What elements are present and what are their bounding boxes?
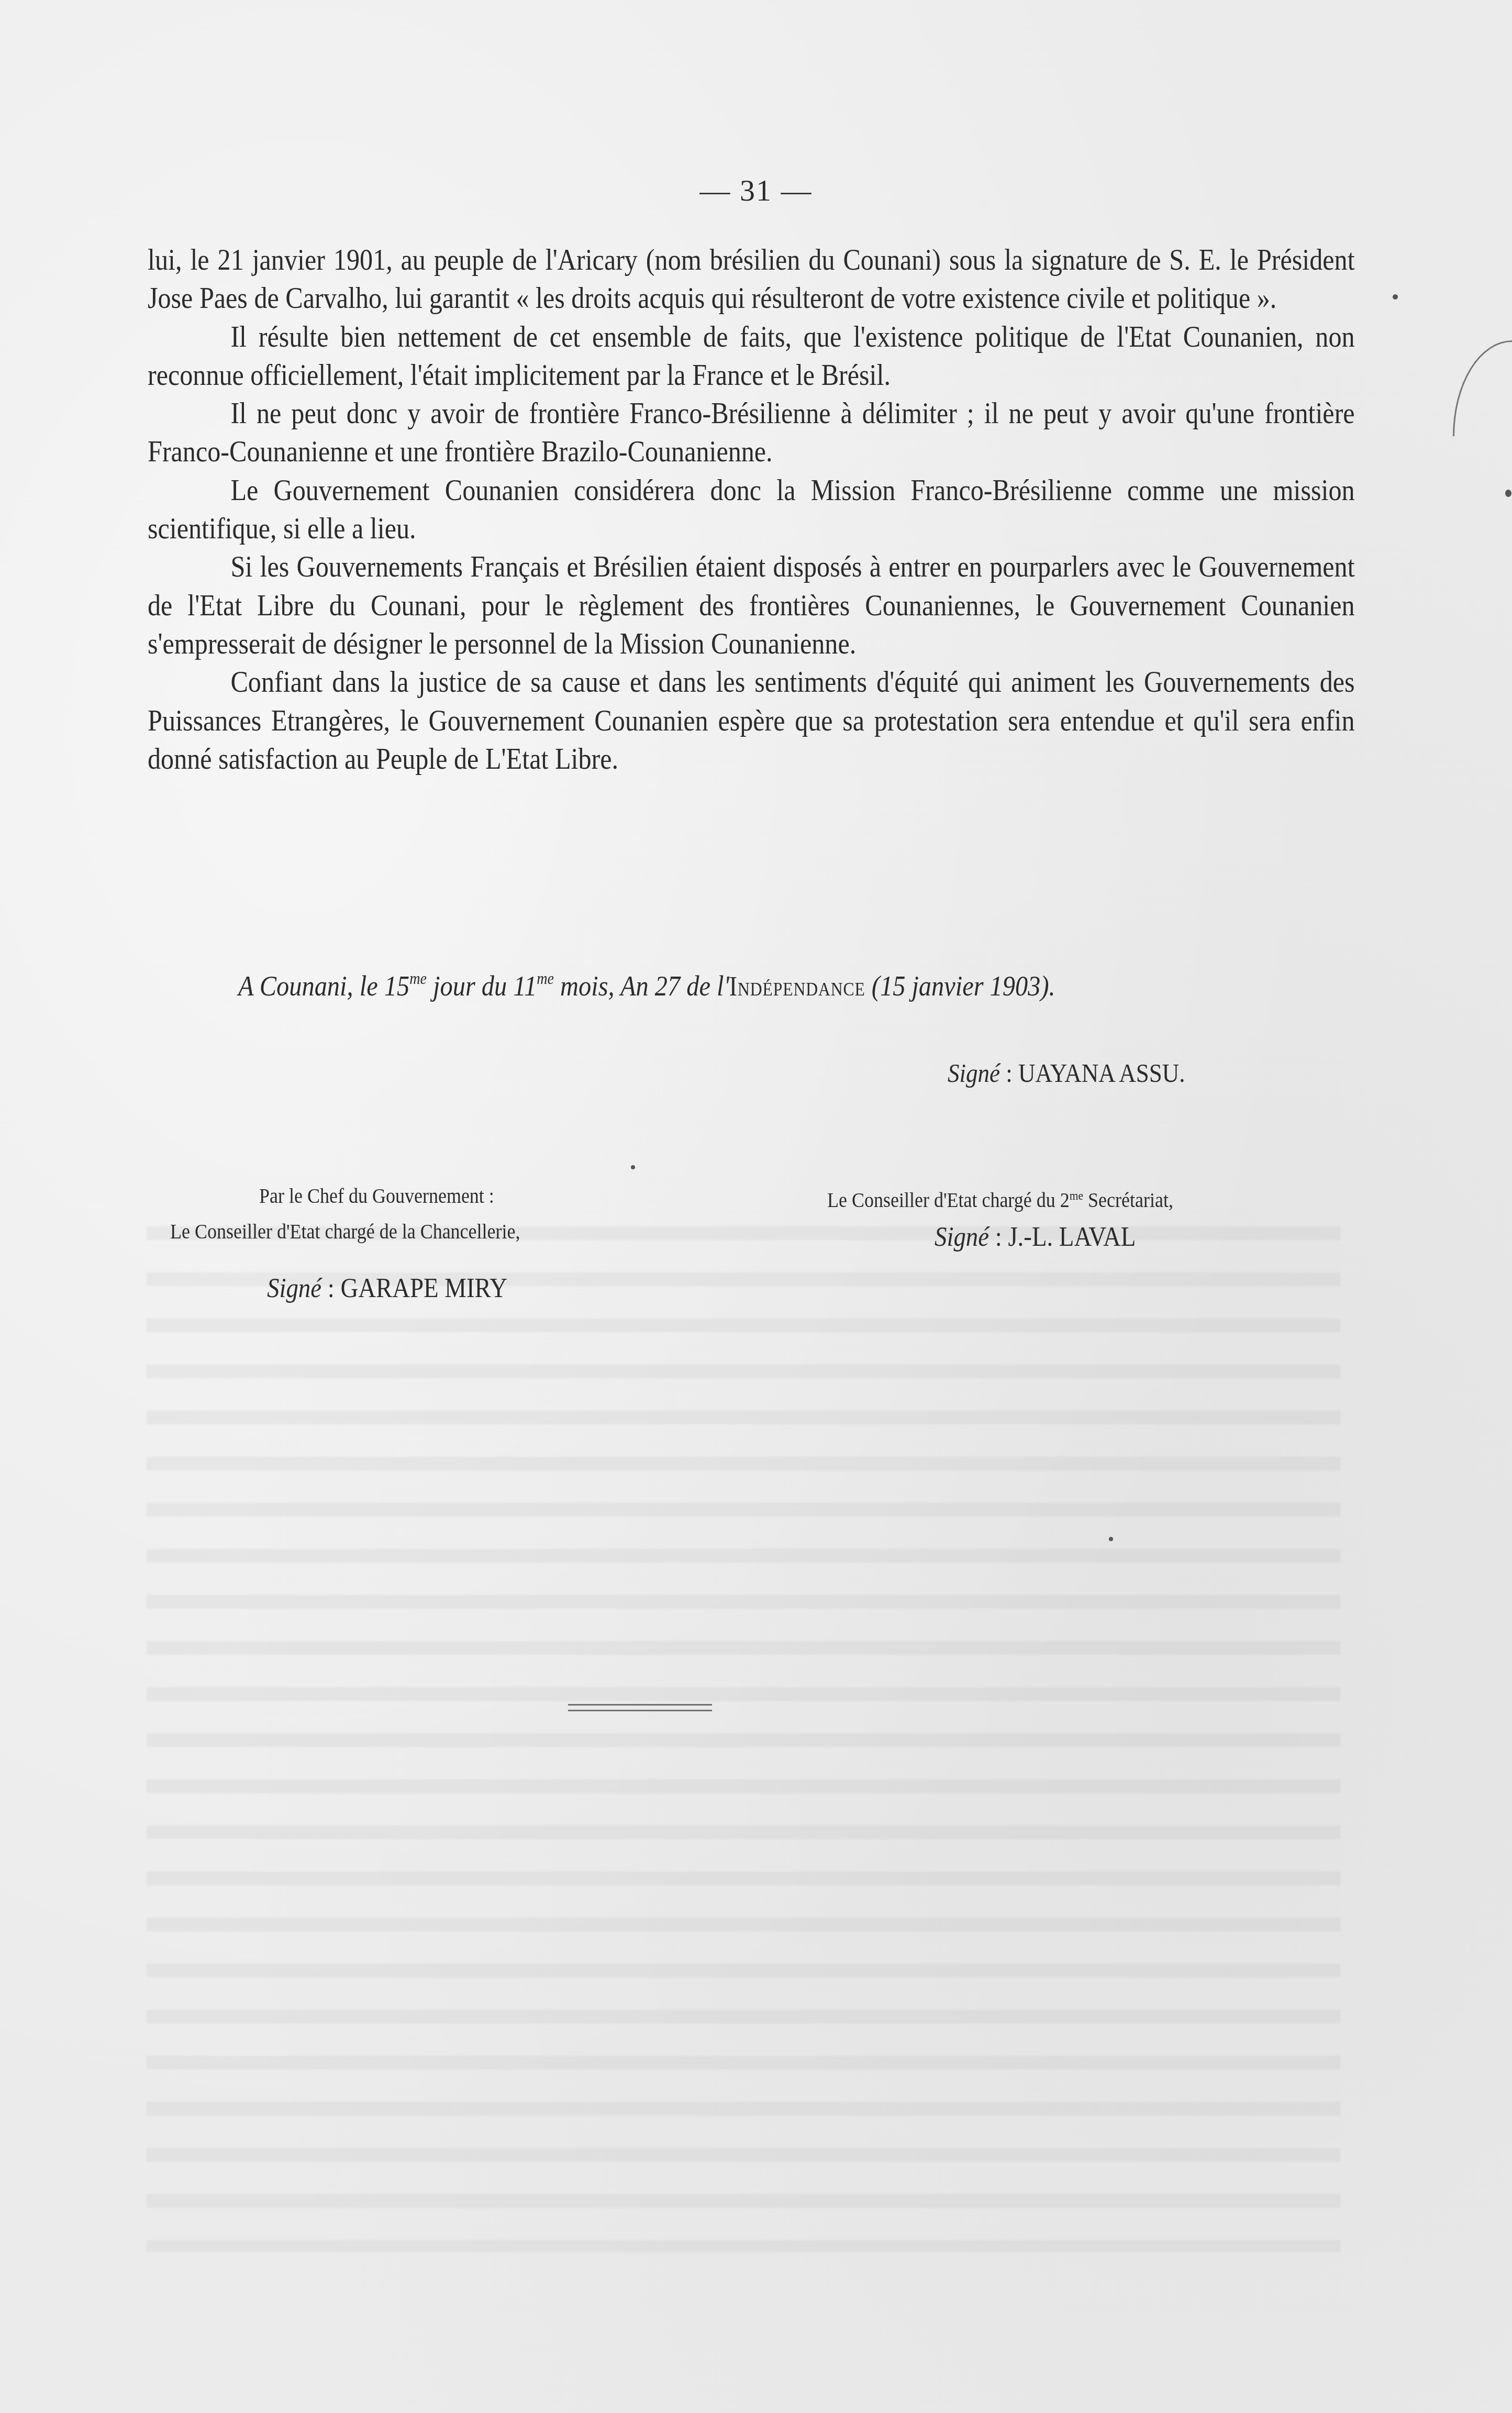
signatory-name: J.-L. LAVAL <box>1008 1222 1136 1252</box>
paragraph: lui, le 21 janvier 1901, au peuple de l'… <box>148 241 1355 318</box>
paper-tear-mark <box>1453 340 1512 436</box>
paragraph: Il ne peut donc y avoir de frontière Fra… <box>148 394 1355 471</box>
paragraph: Le Gouvernement Counanien considérera do… <box>148 471 1355 548</box>
scanned-page: — 31 — lui, le 21 janvier 1901, au peupl… <box>0 0 1512 2413</box>
page-number: — 31 — <box>0 173 1512 208</box>
chancellery-signature-block: Par le Chef du Gouvernement : Le Conseil… <box>147 1181 559 1304</box>
reverse-side-bleed-through <box>147 1204 1340 2252</box>
dateline: A Counani, le 15me jour du 11me mois, An… <box>238 969 1055 1002</box>
signatory-name: GARAPE MIRY <box>340 1274 507 1303</box>
ink-speck <box>1109 1537 1113 1541</box>
paragraph: Confiant dans la justice de sa cause et … <box>148 663 1355 778</box>
ink-speck <box>1505 490 1511 497</box>
ink-speck <box>631 1165 635 1169</box>
section-divider-rule <box>568 1704 712 1711</box>
secretariat-signature-block: Le Conseiller d'Etat chargé du 2me Secré… <box>814 1181 1211 1253</box>
ink-speck <box>1393 294 1398 300</box>
paragraph: Il résulte bien nettement de cet ensembl… <box>148 318 1355 395</box>
body-text: lui, le 21 janvier 1901, au peuple de l'… <box>148 241 1355 778</box>
main-signature: Signé : UAYANA ASSU. <box>948 1058 1185 1088</box>
paragraph: Si les Gouvernements Français et Brésili… <box>148 548 1355 663</box>
signatory-name: UAYANA ASSU. <box>1018 1058 1185 1088</box>
